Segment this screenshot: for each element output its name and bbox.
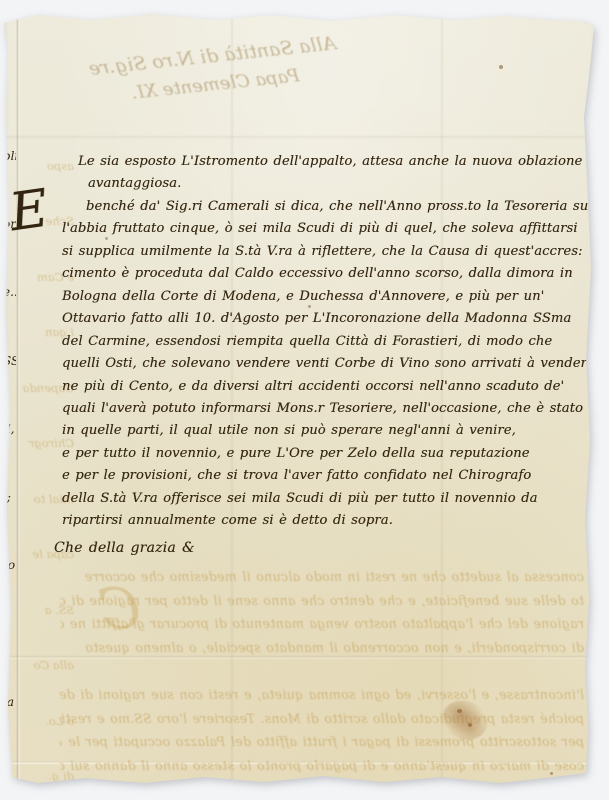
edge-ink-fragment: ) bbox=[3, 627, 16, 641]
edge-ink-fragment: la bbox=[3, 695, 16, 709]
manuscript-line: e per tutto il novennio, e pure L'Ore pe… bbox=[62, 443, 590, 465]
manuscript-line: cimento è proceduta dal Caldo eccessivo … bbox=[62, 263, 590, 285]
edge-ink-fragment: SS: bbox=[3, 354, 16, 368]
paper-sheet: Alla Santità di N.ro Sig.re Papa Clement… bbox=[2, 9, 600, 789]
bleedthrough-line: per sottoscritto promessi di pagar i fru… bbox=[60, 730, 584, 754]
paper-speck bbox=[499, 65, 503, 69]
edge-ink-fragment: to bbox=[3, 558, 16, 572]
manuscript-line: avantaggiosa. bbox=[62, 173, 590, 195]
paper-shadow-wrap: Alla Santità di N.ro Sig.re Papa Clement… bbox=[0, 0, 609, 800]
manuscript-line: Bologna della Corte di Modena, e Duchess… bbox=[62, 286, 590, 308]
manuscript-line: l'abbia fruttato cinque, ò sei mila Scud… bbox=[62, 218, 590, 240]
bleedthrough-margin-fragment: alla Co bbox=[22, 658, 74, 672]
manuscript-line: ne più di Cento, e da diversi altri acci… bbox=[62, 376, 590, 398]
bleedthrough-line: cose di marzo in quest'anno e di pagarlo… bbox=[60, 754, 584, 778]
edge-ink-fragment: e bbox=[3, 763, 16, 777]
manuscript-line: in quelle parti, il qual utile non si pu… bbox=[62, 420, 590, 442]
letter-closing: Che della grazia & bbox=[54, 540, 195, 556]
paper-speck bbox=[308, 305, 311, 308]
paper-speck bbox=[457, 709, 462, 713]
edge-ink-fragment: i; bbox=[3, 490, 16, 504]
bleedthrough-margin-fragment: SS. a bbox=[22, 603, 74, 617]
letter-body: Le sia esposto L'Istromento dell'appalto… bbox=[62, 151, 590, 533]
manuscript-line: benché da' Sig.ri Camerali si dica, che … bbox=[62, 196, 590, 218]
bleedthrough-line: l'incontrasse, e l'osservi, ed ogni somm… bbox=[60, 683, 584, 707]
bleedthrough-text-block: concessa al sudetto che ne resti in modo… bbox=[60, 565, 584, 777]
bleedthrough-line: to delle sue beneficiate, e che dentro c… bbox=[60, 589, 584, 613]
bleedthrough-line: poiché resta pregiudicato dallo scritto … bbox=[60, 707, 584, 731]
manuscript-line: Ottavario fatto alli 10. d'Agosto per L'… bbox=[62, 308, 590, 330]
bleedthrough-line bbox=[60, 659, 584, 683]
bleedthrough-margin-fragment: di q. bbox=[22, 769, 74, 783]
bleedthrough-line: di corrisponderli, e non occorrendo il m… bbox=[60, 636, 584, 660]
manuscript-line: del Carmine, essendosi riempita quella C… bbox=[62, 331, 590, 353]
paper-speck bbox=[105, 237, 108, 240]
paper-speck bbox=[468, 723, 472, 727]
edge-ink-fragment: il, bbox=[3, 422, 16, 436]
manuscript-line: della S.tà V.ra offerisce sei mila Scudi… bbox=[62, 488, 590, 510]
bleedthrough-line: concessa al sudetto che ne resti in modo… bbox=[60, 565, 584, 589]
bleedthrough-address: Alla Santità di N.ro Sig.re Papa Clement… bbox=[72, 27, 357, 114]
fold-crease-top bbox=[6, 135, 588, 139]
manuscript-line: quelli Osti, che solevano vendere venti … bbox=[62, 353, 590, 375]
manuscript-line: si supplica umilmente la S.tà V.ra à rif… bbox=[62, 241, 590, 263]
manuscript-line: quali l'averà potuto informarsi Mons.r T… bbox=[62, 398, 590, 420]
edge-ink-fragment: e.. bbox=[3, 285, 16, 299]
edge-ink-fragment: bli bbox=[3, 149, 16, 163]
bleedthrough-margin-fragment: o Lo. bbox=[22, 714, 74, 728]
manuscript-scan: Alla Santità di N.ro Sig.re Papa Clement… bbox=[0, 0, 609, 800]
drop-cap-initial: E bbox=[7, 183, 52, 240]
bleedthrough-line: ragione del che l'appaltato nostro venga… bbox=[60, 612, 584, 636]
manuscript-line: Le sia esposto L'Istromento dell'appalto… bbox=[62, 151, 590, 173]
manuscript-line: ripartirsi annualmente come si è detto d… bbox=[62, 510, 590, 532]
paper-speck bbox=[550, 772, 553, 775]
manuscript-line: e per le provisioni, che si trova l'aver… bbox=[62, 465, 590, 487]
